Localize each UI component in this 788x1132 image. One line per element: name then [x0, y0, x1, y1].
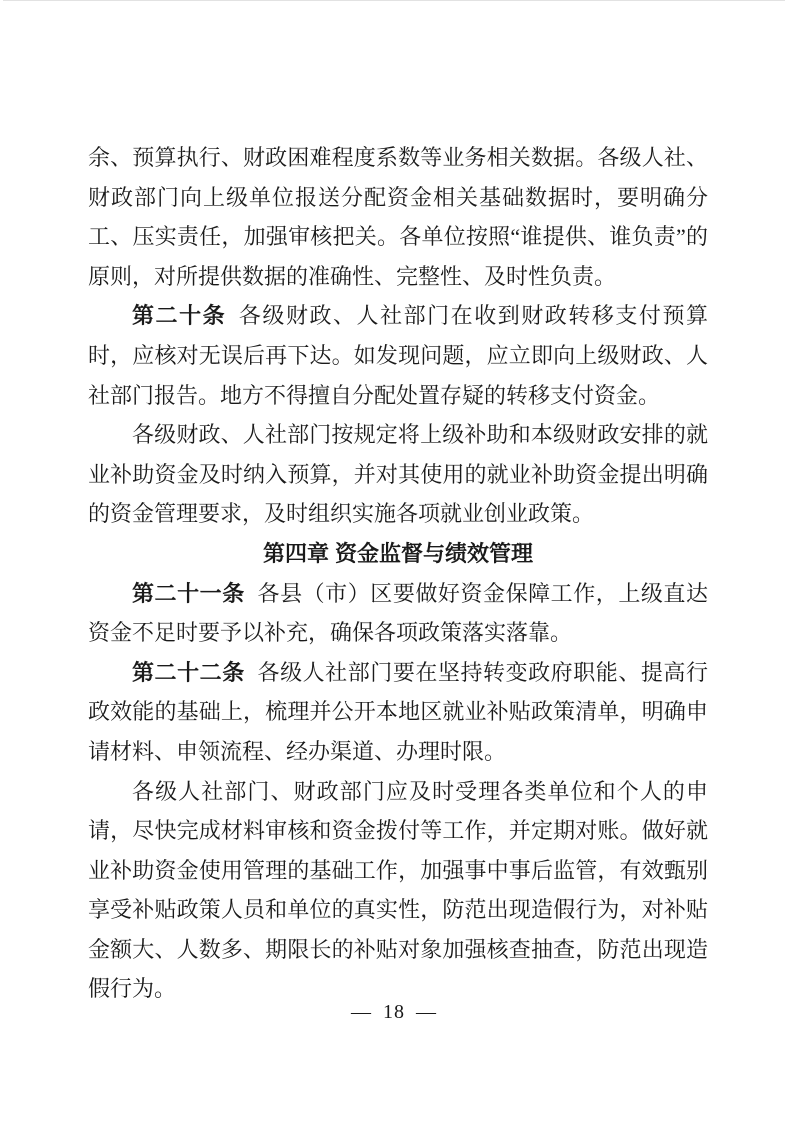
article-21-number: 第二十一条: [132, 581, 245, 606]
paragraph-article-21: 第二十一条各县（市）区要做好资金保障工作，上级直达资金不足时要予以补充，确保各项…: [88, 574, 708, 653]
paragraph-continuation: 余、预算执行、财政困难程度系数等业务相关数据。各级人社、财政部门向上级单位报送分…: [88, 138, 708, 296]
article-22-number: 第二十二条: [132, 660, 245, 685]
document-page: 余、预算执行、财政困难程度系数等业务相关数据。各级人社、财政部门向上级单位报送分…: [0, 0, 788, 1132]
article-20-number: 第二十条: [132, 303, 226, 328]
paragraph-article-20: 第二十条各级财政、人社部门在收到财政转移支付预算时，应核对无误后再下达。如发现问…: [88, 296, 708, 415]
paragraph-application-handling: 各级人社部门、财政部门应及时受理各类单位和个人的申请，尽快完成材料审核和资金拨付…: [88, 772, 708, 1010]
paragraph-article-22: 第二十二条各级人社部门要在坚持转变政府职能、提高行政效能的基础上，梳理并公开本地…: [88, 653, 708, 772]
document-body: 余、预算执行、财政困难程度系数等业务相关数据。各级人社、财政部门向上级单位报送分…: [88, 138, 708, 1009]
scan-artifact-line: [3, 0, 785, 1]
chapter-heading: 第四章 资金监督与绩效管理: [88, 534, 708, 574]
page-number: — 18 —: [0, 1000, 788, 1024]
paragraph-budget-inclusion: 各级财政、人社部门按规定将上级补助和本级财政安排的就业补助资金及时纳入预算，并对…: [88, 415, 708, 534]
